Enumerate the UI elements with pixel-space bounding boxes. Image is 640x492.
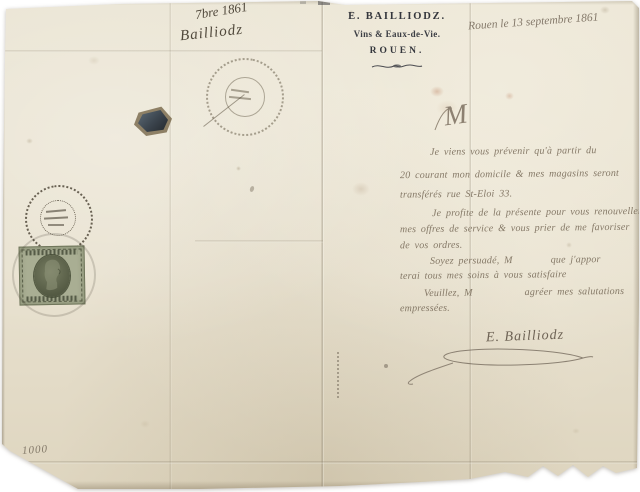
foxing-stain — [352, 182, 370, 196]
body-line-pre: Soyez persuadé, M — [430, 255, 513, 267]
paper-edge-right — [633, 0, 640, 492]
signature: E. Bailliodz — [486, 328, 565, 347]
paper-edge-bottom — [0, 481, 640, 492]
fold-crease-vertical-left — [169, 0, 172, 492]
edge-smudge — [318, 0, 330, 5]
foxing-stain — [572, 428, 580, 434]
foxing-stain — [600, 6, 610, 14]
body-line-pre: Veuillez, M — [424, 288, 473, 300]
ink-dot — [384, 364, 388, 368]
body-line: empressées. — [400, 303, 450, 315]
body-line: Veuillez, Magréer mes salutations — [424, 286, 624, 299]
foxing-stain — [566, 242, 572, 248]
body-line: Je profite de la présente pour vous reno… — [432, 206, 640, 219]
body-line-post: que j'appor — [551, 254, 601, 266]
foxing-stain — [236, 166, 241, 171]
annotation-name: Bailliodz — [179, 22, 244, 46]
salutation-block: M — [444, 100, 467, 132]
body-line: 20 courant mon domicile & mes magasins s… — [400, 168, 619, 181]
postmark-left-text-smudge — [48, 224, 64, 226]
dateline: Rouen le 13 septembre 1861 — [468, 11, 599, 32]
paper-wrap: 7bre 1861 Bailliodz — [0, 0, 640, 492]
body-line-post: agréer mes salutations — [525, 286, 625, 298]
paper-edge-left — [0, 6, 5, 446]
body-line: transférés rue St-Eloi 33. — [400, 188, 512, 200]
letterhead: E. BAILLIODZ. Vins & Eaux-de-Vie. ROUEN. — [333, 11, 461, 71]
body-line: mes offres de service & vous prier de me… — [400, 222, 630, 235]
body-line: terai tous mes soins à vous satisfaire — [400, 269, 567, 282]
stamp-cancel-arc — [11, 232, 96, 317]
fold-crease-vertical-center — [321, 0, 324, 492]
edge-smudge — [300, 0, 306, 4]
letterhead-trade: Vins & Eaux-de-Vie. — [333, 29, 461, 39]
foxing-stain — [505, 92, 514, 100]
body-line: Je viens vous prévenir qu'à partir du — [430, 145, 597, 158]
pencil-note: 1000 — [22, 443, 49, 457]
fold-crease-horizontal-middle — [195, 240, 323, 243]
letterhead-city: ROUEN. — [333, 46, 461, 56]
recipient-blank — [473, 295, 525, 296]
foxing-stain — [88, 56, 100, 65]
signature-flourish-icon — [405, 346, 595, 388]
printer-imprint — [337, 352, 339, 398]
fold-crease-vertical-right — [469, 0, 472, 492]
foxing-stain — [430, 86, 444, 97]
body-line: Soyez persuadé, Mque j'appor — [430, 254, 601, 267]
postage-stamp — [18, 245, 85, 305]
ink-mark — [249, 185, 255, 192]
letterhead-flourish-icon — [370, 61, 424, 71]
salutation-m: M — [442, 99, 470, 134]
photo-background: 7bre 1861 Bailliodz — [0, 0, 640, 492]
body-line: de vos ordres. — [400, 240, 463, 252]
fold-crease-horizontal-bottom — [0, 461, 640, 464]
letterhead-name: E. BAILLIODZ. — [333, 11, 461, 22]
fold-crease-horizontal-upper — [0, 50, 322, 53]
foxing-stain — [140, 420, 150, 428]
letter-paper: 7bre 1861 Bailliodz — [0, 0, 640, 492]
foxing-stain — [26, 138, 33, 144]
